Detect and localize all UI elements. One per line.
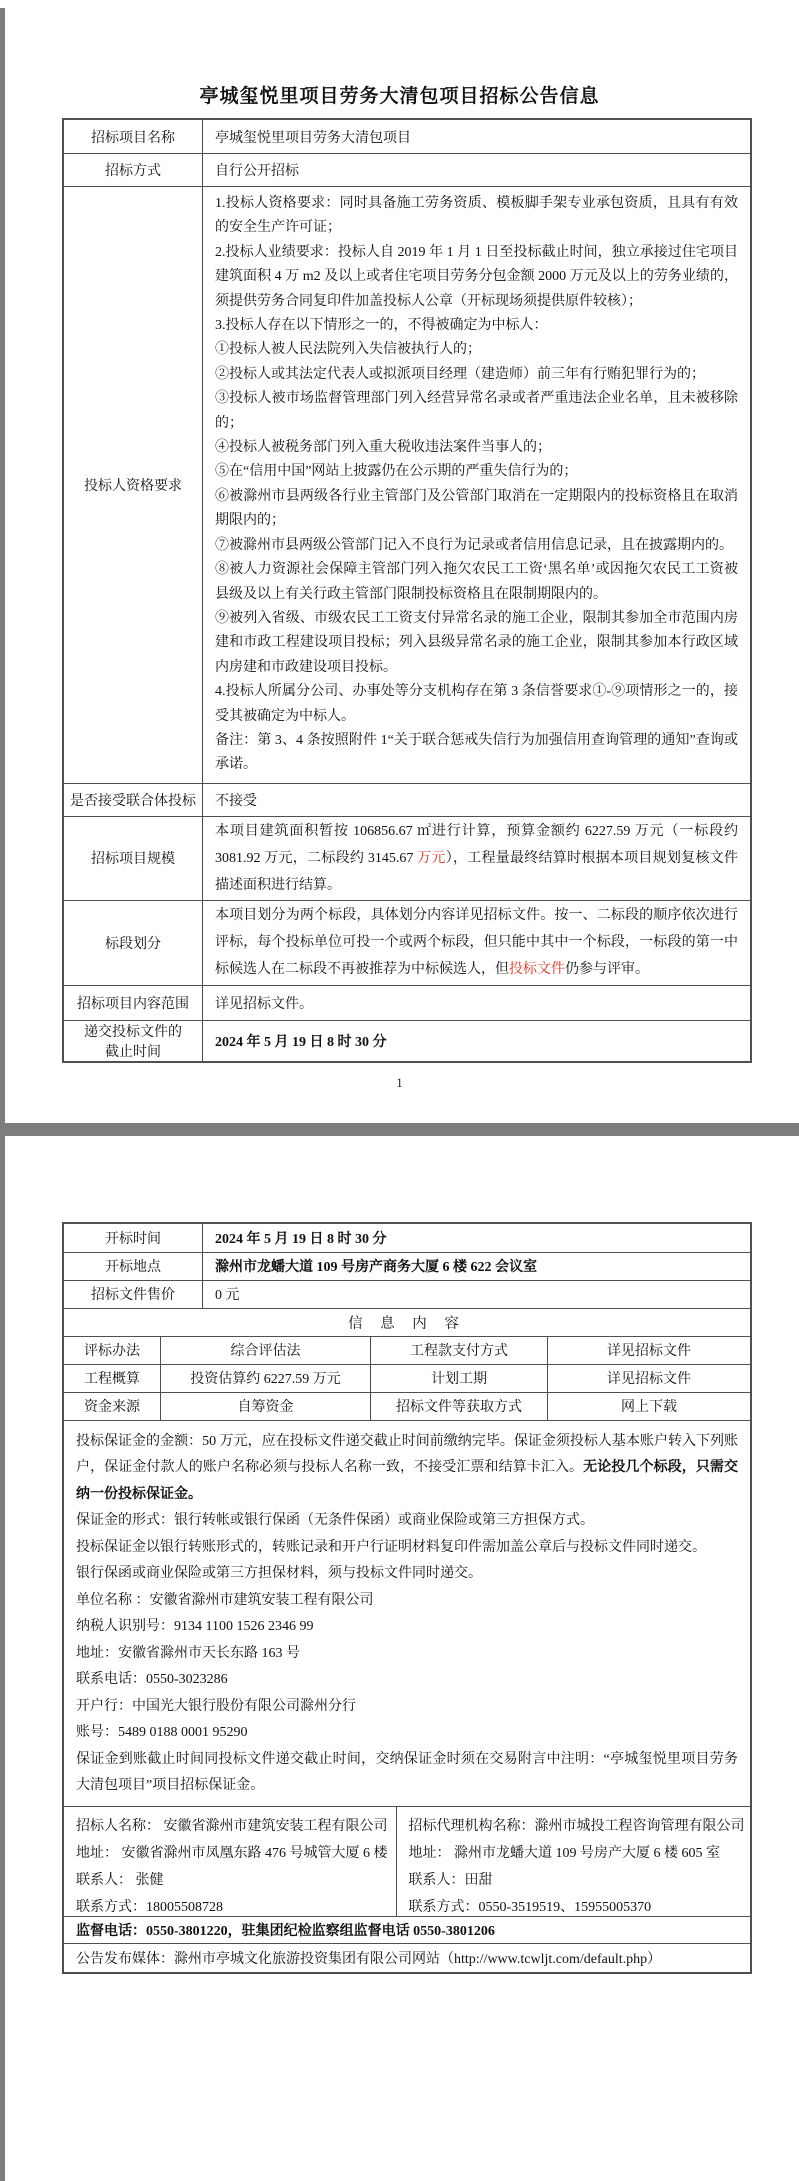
deadline-label-line1: 递交投标文件的 [84,1021,182,1041]
row-media: 公告发布媒体：滁州市亭城文化旅游投资集团有限公司网站（http://www.tc… [64,1943,750,1972]
label-qualification: 投标人资格要求 [64,187,203,783]
deadline-label-line2: 截止时间 [105,1041,161,1061]
info-table: 开标时间 2024 年 5 月 19 日 8 时 30 分 开标地点 滁州市龙蟠… [62,1222,752,1974]
cell-evaluation-label: 评标办法 [64,1337,161,1364]
qualification-paragraph: ⑧被人力资源社会保障主管部门列入拖欠农民工工资‘黑名单’或因拖欠农民工工资被县级… [215,558,738,607]
row-deposit: 投标保证金的金额：50 万元，应在投标文件递交截止时间前缴纳完毕。保证金须投标人… [64,1420,750,1806]
cell-schedule-value: 详见招标文件 [548,1365,750,1392]
value-open-place: 滁州市龙蟠大道 109 号房产商务大厦 6 楼 622 会议室 [203,1253,750,1280]
agency-contact-person: 联系人：田甜 [409,1867,745,1894]
qualification-paragraph: ⑤在“信用中国”网站上披露仍在公示期的严重失信行为的； [215,460,738,484]
row-evaluation: 评标办法 综合评估法 工程款支付方式 详见招标文件 [64,1336,750,1364]
bidder-contact-person: 联系人： 张健 [76,1867,388,1894]
deposit-line: 开户行：中国光大银行股份有限公司滁州分行 [76,1694,738,1721]
deposit-line: 单位名称 ：安徽省滁州市建筑安装工程有限公司 [76,1588,738,1615]
row-doc-price: 招标文件售价 0 元 [64,1280,750,1308]
sections-text: 本项目划分为两个标段，具体划分内容详见招标文件。按一、二标段的顺序依次进行评标，… [215,908,738,977]
qualification-paragraph: ④投标人被税务部门列入重大税收违法案件当事人的； [215,436,738,460]
page-title: 亭城玺悦里项目劳务大清包项目招标公告信息 [0,86,799,108]
row-supervision: 监督电话：0550-3801220，驻集团纪检监察组监督电话 0550-3801… [64,1916,750,1943]
row-project-scale: 招标项目规模 本项目建筑面积暂按 106856.67 ㎡进行计算，预算金额约 6… [64,816,750,900]
page-2: 开标时间 2024 年 5 月 19 日 8 时 30 分 开标地点 滁州市龙蟠… [0,1222,799,1974]
deposit-line: 账号：5489 0188 0001 95290 [76,1720,738,1747]
qualification-paragraph: 4.投标人所属分公司、办事处等分支机构存在第 3 条信誉要求①-⑨项情形之一的，… [215,680,738,729]
label-open-time: 开标时间 [64,1224,203,1252]
qualification-paragraph: ①投标人被人民法院列入失信被执行人的； [215,338,738,362]
cell-evaluation-value: 综合评估法 [161,1337,371,1364]
value-submission-deadline: 2024 年 5 月 19 日 8 时 30 分 [203,1021,750,1061]
label-doc-price: 招标文件售价 [64,1281,203,1308]
value-qualification: 1.投标人资格要求：同时具备施工劳务资质、模板脚手架专业承包资质，且具有有效的安… [203,187,750,783]
announcement-media: 公告发布媒体：滁州市亭城文化旅游投资集团有限公司网站（http://www.tc… [64,1944,750,1972]
cell-payment-label: 工程款支付方式 [371,1337,548,1364]
deposit-line: 纳税人识别号：9134 1100 1526 2346 99 [76,1614,738,1641]
viewer-left-edge [0,8,5,2181]
deposit-line: 联系电话：0550-3023286 [76,1667,738,1694]
deposit-line: 地址：安徽省滁州市天长东路 163 号 [76,1641,738,1668]
value-content-scope: 详见招标文件。 [203,986,750,1020]
page-1: 亭城玺悦里项目劳务大清包项目招标公告信息 招标项目名称 亭城玺悦里项目劳务大清包… [0,86,799,1093]
cell-payment-value: 详见招标文件 [548,1337,750,1364]
scale-text-red: 万元 [417,851,446,866]
value-consortium: 不接受 [203,784,750,816]
qualification-paragraph: 3.投标人存在以下情形之一的，不得被确定为中标人： [215,314,738,338]
announcement-table: 招标项目名称 亭城玺悦里项目劳务大清包项目 招标方式 自行公开招标 投标人资格要… [62,118,752,1063]
cell-schedule-label: 计划工期 [371,1365,548,1392]
value-project-name: 亭城玺悦里项目劳务大清包项目 [203,120,750,153]
label-bid-method: 招标方式 [64,154,203,186]
value-doc-price: 0 元 [203,1281,750,1308]
value-project-scale: 本项目建筑面积暂按 106856.67 ㎡进行计算，预算金额约 6227.59 … [203,817,750,900]
page-number: 1 [0,1075,799,1093]
row-contacts: 招标人名称： 安徽省滁州市建筑安装工程有限公司 地址： 安徽省滁州市凤凰东路 4… [64,1806,750,1916]
label-content-scope: 招标项目内容范围 [64,986,203,1020]
label-project-scale: 招标项目规模 [64,817,203,900]
label-submission-deadline: 递交投标文件的 截止时间 [64,1021,203,1061]
qualification-paragraph: ⑥被滁州市县两级各行业主管部门及公管部门取消在一定期限内的投标资格且在取消期限内… [215,485,738,534]
document-canvas: 亭城玺悦里项目劳务大清包项目招标公告信息 招标项目名称 亭城玺悦里项目劳务大清包… [0,0,799,2181]
qualification-paragraph: ⑨被列入省级、市级农民工工资支付异常名录的施工企业，限制其参加全市范围内房建和市… [215,607,738,680]
page-divider-band [0,1123,799,1136]
row-content-scope: 招标项目内容范围 详见招标文件。 [64,985,750,1020]
value-open-time: 2024 年 5 月 19 日 8 时 30 分 [203,1224,750,1252]
row-estimate: 工程概算 投资估算约 6227.59 万元 计划工期 详见招标文件 [64,1364,750,1392]
qualification-paragraph: 备注：第 3、4 条按照附件 1“关于联合惩戒失信行为加强信用查询管理的通知”查… [215,729,738,778]
row-submission-deadline: 递交投标文件的 截止时间 2024 年 5 月 19 日 8 时 30 分 [64,1020,750,1061]
row-consortium: 是否接受联合体投标 不接受 [64,783,750,816]
deposit-line: 保证金的形式：银行转帐或银行保函（无条件保函）或商业保险或第三方担保方式。 [76,1508,738,1535]
cell-funding-value: 自筹资金 [161,1393,371,1420]
cell-doc-access-value: 网上下载 [548,1393,750,1420]
deposit-line: 银行保函或商业保险或第三方担保材料，须与投标文件同时递交。 [76,1561,738,1588]
row-open-place: 开标地点 滁州市龙蟠大道 109 号房产商务大厦 6 楼 622 会议室 [64,1252,750,1280]
deposit-line: 投标保证金以银行转账形式的，转账记录和开户行证明材料复印件需加盖公章后与投标文件… [76,1535,738,1562]
cell-estimate-value: 投资估算约 6227.59 万元 [161,1365,371,1392]
row-project-name: 招标项目名称 亭城玺悦里项目劳务大清包项目 [64,120,750,153]
qualification-paragraph: 2.投标人业绩要求：投标人自 2019 年 1 月 1 日至投标截止时间，独立承… [215,241,738,314]
qualification-paragraph: ③投标人被市场监督管理部门列入经营异常名录或者严重违法企业名单，且未被移除的； [215,387,738,436]
deposit-line: 保证金到账截止时间同投标文件递交截止时间，交纳保证金时须在交易附言中注明：“亭城… [76,1747,738,1800]
info-content-header: 信 息 内 容 [64,1309,750,1336]
row-open-time: 开标时间 2024 年 5 月 19 日 8 时 30 分 [64,1224,750,1252]
deposit-amount-paragraph: 投标保证金的金额：50 万元，应在投标文件递交截止时间前缴纳完毕。保证金须投标人… [76,1429,738,1509]
sections-text: 仍参与评审。 [565,962,649,977]
label-open-place: 开标地点 [64,1253,203,1280]
value-section-division: 本项目划分为两个标段，具体划分内容详见招标文件。按一、二标段的顺序依次进行评标，… [203,901,750,985]
sections-text-red: 投标文件 [509,962,565,977]
row-section-division: 标段划分 本项目划分为两个标段，具体划分内容详见招标文件。按一、二标段的顺序依次… [64,900,750,985]
row-info-header: 信 息 内 容 [64,1308,750,1336]
row-funding: 资金来源 自筹资金 招标文件等获取方式 网上下载 [64,1392,750,1420]
label-project-name: 招标项目名称 [64,120,203,153]
row-qualification: 投标人资格要求 1.投标人资格要求：同时具备施工劳务资质、模板脚手架专业承包资质… [64,186,750,783]
qualification-paragraph: ⑦被滁州市县两级公管部门记入不良行为记录或者信用信息记录，且在披露期内的。 [215,534,738,558]
bidder-name: 招标人名称： 安徽省滁州市建筑安装工程有限公司 [76,1813,388,1840]
bidder-address: 地址： 安徽省滁州市凤凰东路 476 号城管大厦 6 楼 [76,1840,388,1867]
cell-funding-label: 资金来源 [64,1393,161,1420]
cell-doc-access-label: 招标文件等获取方式 [371,1393,548,1420]
value-bid-method: 自行公开招标 [203,154,750,186]
agency-contact-block: 招标代理机构名称：滁州市城投工程咨询管理有限公司 地址： 滁州市龙蟠大道 109… [397,1807,753,1916]
bidder-contact-block: 招标人名称： 安徽省滁州市建筑安装工程有限公司 地址： 安徽省滁州市凤凰东路 4… [64,1807,397,1916]
deposit-details: 投标保证金的金额：50 万元，应在投标文件递交截止时间前缴纳完毕。保证金须投标人… [64,1421,750,1806]
qualification-paragraph: ②投标人或其法定代表人或拟派项目经理（建造师）前三年有行贿犯罪行为的； [215,363,738,387]
row-bid-method: 招标方式 自行公开招标 [64,153,750,186]
supervision-phones: 监督电话：0550-3801220，驻集团纪检监察组监督电话 0550-3801… [64,1917,750,1943]
agency-address: 地址： 滁州市龙蟠大道 109 号房产大厦 6 楼 605 室 [409,1840,745,1867]
label-section-division: 标段划分 [64,901,203,985]
agency-name: 招标代理机构名称：滁州市城投工程咨询管理有限公司 [409,1813,745,1840]
label-consortium: 是否接受联合体投标 [64,784,203,816]
cell-estimate-label: 工程概算 [64,1365,161,1392]
qualification-paragraph: 1.投标人资格要求：同时具备施工劳务资质、模板脚手架专业承包资质，且具有有效的安… [215,192,738,241]
